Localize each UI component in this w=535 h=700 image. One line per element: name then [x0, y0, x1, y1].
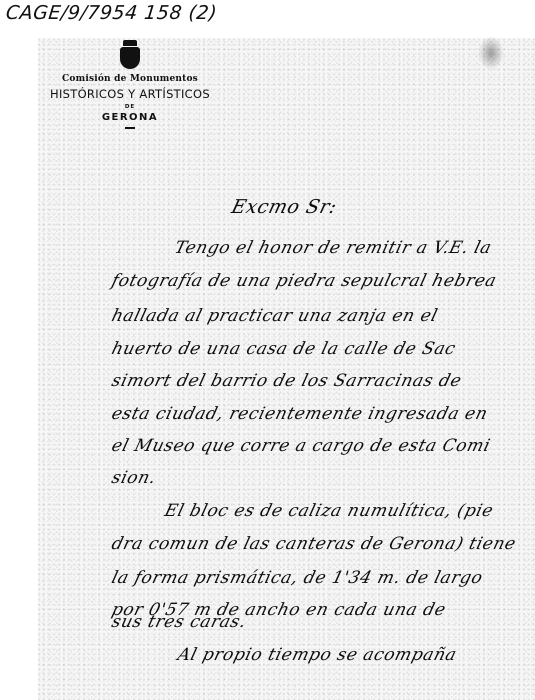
body-line: El bloc es de caliza numulítica, (pie	[163, 501, 496, 521]
body-line: el Museo que corre a cargo de esta Comi	[110, 436, 493, 456]
letterhead-divider	[125, 127, 135, 129]
body-line: dra comun de las canteras de Gerona) tie…	[110, 534, 519, 554]
letterhead-subtitle: HISTÓRICOS Y ARTÍSTICOS	[40, 87, 220, 101]
body-line: Al propio tiempo se acompaña	[176, 645, 459, 665]
letterhead: Comisión de Monumentos HISTÓRICOS Y ARTÍ…	[40, 40, 220, 129]
body-line: huerto de una casa de la calle de Sac	[110, 339, 458, 359]
shield-shape	[120, 47, 140, 69]
letterhead-commission: Comisión de Monumentos	[40, 74, 220, 84]
body-line: sion.	[110, 468, 159, 488]
body-line: esta ciudad, recientemente ingresada en	[110, 404, 490, 424]
salutation: Excmo Sr:	[229, 196, 339, 218]
archive-reference: CAGE/9/7954 158 (2)	[5, 2, 218, 24]
body-line: la forma prismática, de 1'34 m. de largo	[110, 568, 485, 588]
body-line: sus tres caras.	[110, 612, 249, 632]
letterhead-de: DE	[40, 104, 220, 110]
body-line: Tengo el honor de remitir a V.E. la	[173, 238, 494, 258]
body-line: simort del barrio de los Sarracinas de	[110, 371, 464, 391]
ink-smudge	[478, 36, 504, 70]
body-line: hallada al practicar una zanja en el	[110, 306, 440, 326]
body-line: fotografía de una piedra sepulcral hebre…	[110, 271, 499, 291]
letterhead-city: GERONA	[40, 112, 220, 123]
crown-shape	[123, 40, 137, 46]
coat-of-arms-icon	[119, 40, 141, 70]
